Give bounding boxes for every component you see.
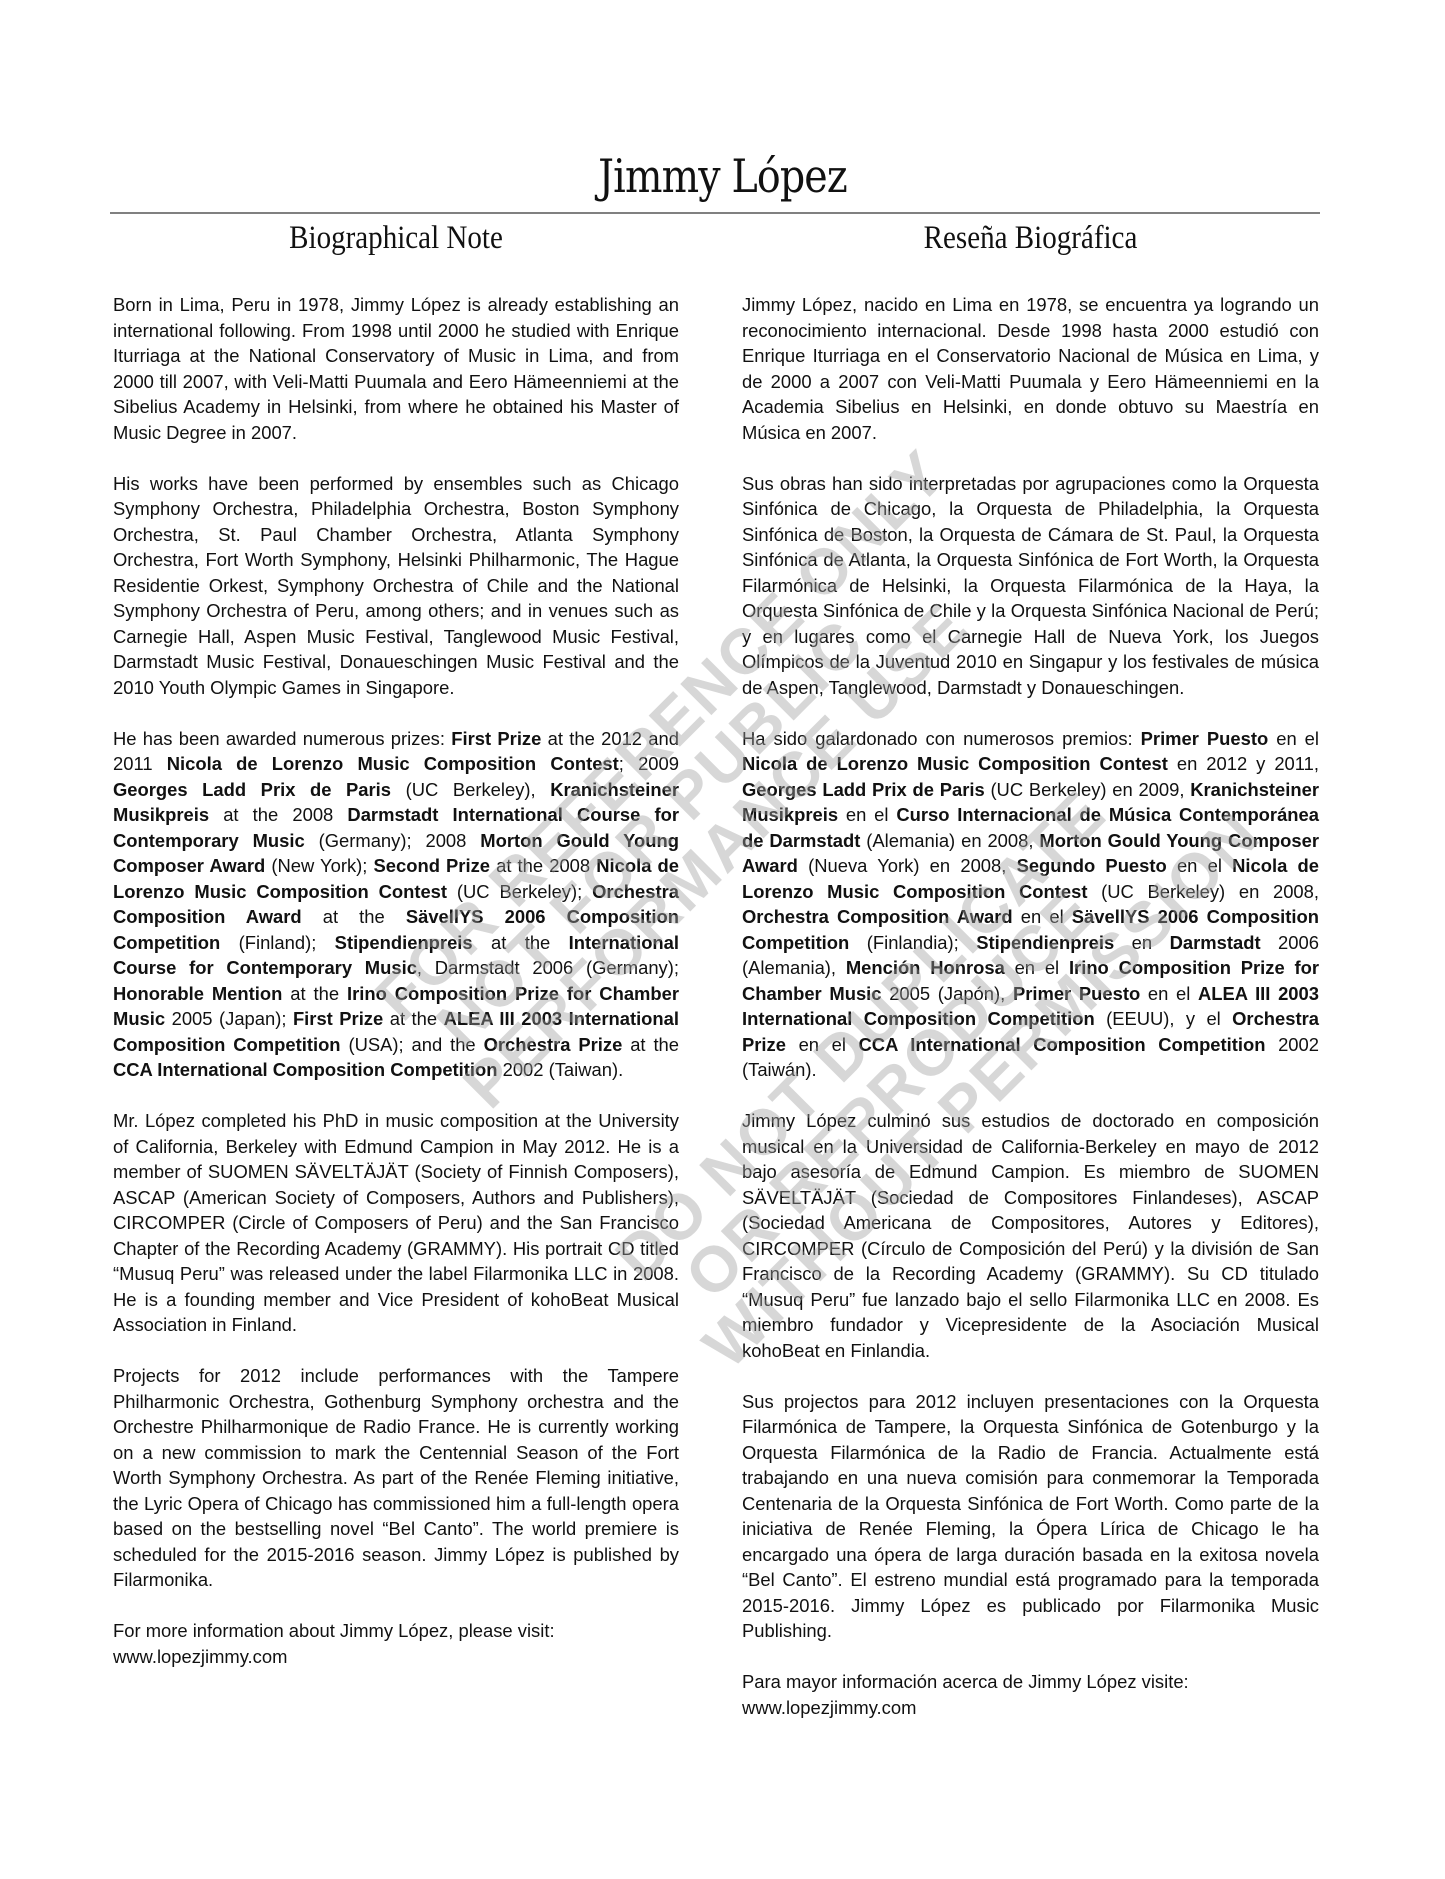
bio-paragraph: Ha sido galardonado con numerosos premio… — [742, 726, 1319, 1083]
paragraph-text: en el — [1167, 855, 1232, 876]
paragraph-text: (Alemania) en 2008, — [860, 830, 1039, 851]
paragraph-text: (UC Berkeley); — [447, 881, 592, 902]
bold-award-name: Primer Puesto — [1013, 983, 1140, 1004]
paragraph-text: Sus projectos para 2012 incluyen present… — [742, 1391, 1319, 1642]
paragraph-text: (UC Berkeley) en 2008, — [1087, 881, 1319, 902]
paragraph-text: en el — [1013, 906, 1072, 927]
bio-paragraph: Mr. López completed his PhD in music com… — [113, 1108, 679, 1338]
bold-award-name: First Prize — [451, 728, 541, 749]
paragraph-text: at the 2008 — [209, 804, 347, 825]
bold-award-name: CCA International Composition Competitio… — [859, 1034, 1266, 1055]
bold-award-name: Second Prize — [374, 855, 490, 876]
paragraph-text: 2005 (Japón), — [882, 983, 1013, 1004]
paragraph-text: (UC Berkeley), — [391, 779, 550, 800]
paragraph-text: 2005 (Japan); — [165, 1008, 293, 1029]
paragraph-text: (USA); and the — [341, 1034, 484, 1055]
page-title: Jimmy López — [101, 148, 1344, 204]
paragraph-text: at the 2008 — [490, 855, 596, 876]
bold-award-name: Nicola de Lorenzo Music Composition Cont… — [742, 753, 1168, 774]
paragraph-text: en — [1114, 932, 1169, 953]
bold-award-name: Nicola de Lorenzo Music Composition Cont… — [167, 753, 619, 774]
paragraph-text: 2002 (Taiwan). — [497, 1059, 623, 1080]
english-heading: Biographical Note — [147, 216, 645, 260]
paragraph-text: (UC Berkeley) en 2009, — [985, 779, 1191, 800]
bold-award-name: Stipendienpreis — [335, 932, 473, 953]
paragraph-text: (Finland); — [220, 932, 334, 953]
bio-paragraph: Sus projectos para 2012 incluyen present… — [742, 1389, 1319, 1644]
spanish-paragraphs: Jimmy López, nacido en Lima en 1978, se … — [742, 292, 1319, 1644]
bio-paragraph: Born in Lima, Peru in 1978, Jimmy López … — [113, 292, 679, 445]
bold-award-name: Darmstadt — [1170, 932, 1261, 953]
paragraph-text: en el — [1140, 983, 1198, 1004]
paragraph-text: Jimmy López, nacido en Lima en 1978, se … — [742, 294, 1319, 443]
paragraph-text: Jimmy López culminó sus estudios de doct… — [742, 1110, 1319, 1361]
paragraph-text: en 2012 y 2011, — [1168, 753, 1319, 774]
paragraph-text: , Darmstadt 2006 (Germany); — [417, 957, 679, 978]
paragraph-text: Sus obras han sido interpretadas por agr… — [742, 473, 1319, 698]
bold-award-name: First Prize — [293, 1008, 383, 1029]
spanish-website-link[interactable]: www.lopezjimmy.com — [742, 1697, 916, 1718]
spanish-heading: Reseña Biográfica — [777, 216, 1285, 260]
english-paragraphs: Born in Lima, Peru in 1978, Jimmy López … — [113, 292, 679, 1593]
spanish-more-info-text: Para mayor información acerca de Jimmy L… — [742, 1671, 1189, 1692]
spanish-column: Reseña Biográfica Jimmy López, nacido en… — [742, 216, 1319, 1746]
paragraph-text: at the — [383, 1008, 443, 1029]
paragraph-text: (Germany); 2008 — [305, 830, 481, 851]
title-divider — [110, 212, 1320, 214]
bold-award-name: Georges Ladd Prix de Paris — [113, 779, 391, 800]
bold-award-name: Primer Puesto — [1141, 728, 1269, 749]
paragraph-text: at the — [302, 906, 406, 927]
paragraph-text: Mr. López completed his PhD in music com… — [113, 1110, 679, 1335]
paragraph-text: Born in Lima, Peru in 1978, Jimmy López … — [113, 294, 679, 443]
english-column: Biographical Note Born in Lima, Peru in … — [113, 216, 679, 1695]
bold-award-name: Georges Ladd Prix de Paris — [742, 779, 985, 800]
paragraph-text: (Nueva York) en 2008, — [798, 855, 1017, 876]
bold-award-name: CCA International Composition Competitio… — [113, 1059, 497, 1080]
paragraph-text: (Finlandia); — [849, 932, 976, 953]
paragraph-text: en el — [786, 1034, 859, 1055]
paragraph-text: He has been awarded numerous prizes: — [113, 728, 451, 749]
paragraph-text: Projects for 2012 include performances w… — [113, 1365, 679, 1590]
bio-paragraph: His works have been performed by ensembl… — [113, 471, 679, 701]
bio-paragraph: Projects for 2012 include performances w… — [113, 1363, 679, 1593]
english-more-info: For more information about Jimmy López, … — [113, 1618, 679, 1669]
paragraph-text: en el — [838, 804, 896, 825]
bold-award-name: Mención Honrosa — [846, 957, 1005, 978]
spanish-more-info: Para mayor información acerca de Jimmy L… — [742, 1669, 1319, 1720]
bold-award-name: Orchestra Prize — [484, 1034, 623, 1055]
bold-award-name: Orchestra Composition Award — [742, 906, 1013, 927]
bio-paragraph: He has been awarded numerous prizes: Fir… — [113, 726, 679, 1083]
english-more-info-text: For more information about Jimmy López, … — [113, 1620, 555, 1641]
bold-award-name: Honorable Mention — [113, 983, 282, 1004]
bio-paragraph: Sus obras han sido interpretadas por agr… — [742, 471, 1319, 701]
paragraph-text: en el — [1005, 957, 1069, 978]
paragraph-text: (EEUU), y el — [1095, 1008, 1232, 1029]
bio-paragraph: Jimmy López, nacido en Lima en 1978, se … — [742, 292, 1319, 445]
paragraph-text: Ha sido galardonado con numerosos premio… — [742, 728, 1141, 749]
paragraph-text: at the — [622, 1034, 679, 1055]
bold-award-name: Segundo Puesto — [1017, 855, 1167, 876]
bold-award-name: Stipendienpreis — [976, 932, 1114, 953]
paragraph-text: at the — [282, 983, 347, 1004]
english-website-link[interactable]: www.lopezjimmy.com — [113, 1646, 287, 1667]
paragraph-text: ; 2009 — [619, 753, 679, 774]
paragraph-text: (New York); — [265, 855, 373, 876]
document-page: Jimmy López Biographical Note Born in Li… — [0, 0, 1445, 1879]
paragraph-text: His works have been performed by ensembl… — [113, 473, 679, 698]
paragraph-text: at the — [473, 932, 569, 953]
paragraph-text: en el — [1268, 728, 1319, 749]
bio-paragraph: Jimmy López culminó sus estudios de doct… — [742, 1108, 1319, 1363]
